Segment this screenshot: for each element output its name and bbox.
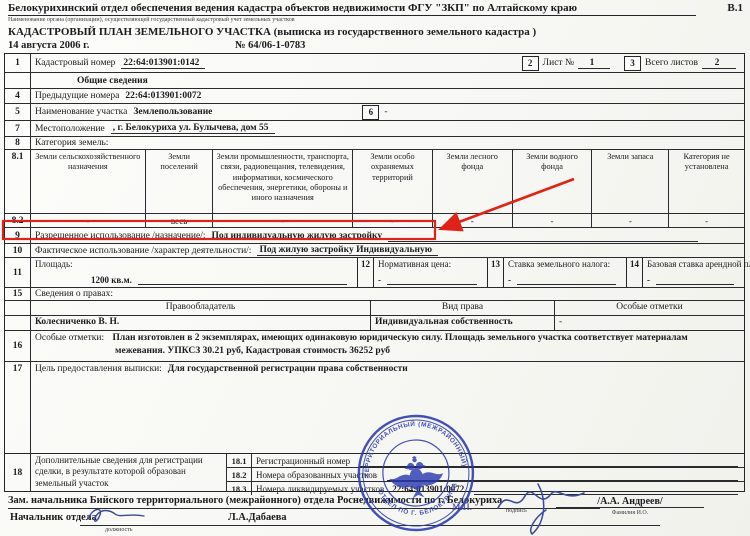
row-rights-info: 15 Сведения о правах:: [5, 287, 744, 300]
total-sheets-label: Всего листов: [645, 58, 698, 68]
location-cell: Местоположение , г. Белокуриха ул. Булыч…: [31, 121, 744, 136]
blank-line: [388, 229, 698, 242]
subrow-number: 18.1: [227, 454, 252, 467]
plot-name-value: Землепользование: [133, 107, 212, 117]
head-of-department-signature-icon: [84, 504, 150, 528]
category-col-settlements: Земли поселений: [146, 150, 214, 213]
row-number: 16: [5, 331, 31, 361]
general-info-cell: Общие сведения: [31, 73, 744, 88]
row-actual-use: 10 Фактическое использование /характер д…: [5, 243, 744, 257]
blank-line: [517, 272, 616, 285]
actual-use-value: Под жилую застройку Индивидуальную: [257, 245, 438, 256]
rights-info-cell: Сведения о правах:: [31, 288, 744, 300]
row-number: 8.1: [5, 150, 31, 213]
rights-holder-value: Колесниченко В. Н.: [31, 316, 371, 330]
special-notes-label: Особые отметки:: [35, 333, 104, 343]
row-number: 8.2: [5, 214, 31, 227]
normative-price-section: Нормативная цена: -: [374, 258, 487, 287]
category-col-reserve: Земли запаса: [592, 150, 669, 213]
row-plot-name: 5 Наименование участка Землепользование …: [5, 103, 744, 120]
permitted-use-cell: Разрешенное использование /назначение/: …: [31, 228, 744, 243]
plot-name-label: Наименование участка: [35, 107, 127, 117]
row-previous-numbers: 4 Предыдущие номера 22:64:013901:0072: [5, 88, 744, 103]
field-12-box: 12: [357, 258, 374, 287]
category-col-not-set: Категория не установлена: [669, 150, 744, 213]
row-number: 10: [5, 244, 31, 257]
special-notes-text: План изготовлен в 2 экземплярах, имеющих…: [113, 333, 688, 356]
general-info-header: Общие сведения: [77, 76, 148, 86]
special-notes-value: -: [555, 316, 744, 330]
permitted-use-label: Разрешенное использование /назначение/:: [35, 231, 206, 241]
category-col-forest: Земли лесного фонда: [433, 150, 513, 213]
double-eagle-icon: [387, 453, 445, 500]
row-number: 18: [5, 454, 31, 491]
org-caption: Наименование органа (организации), осуще…: [8, 17, 295, 23]
area-section: Площадь: 1200 кв.м.: [31, 258, 357, 287]
row-area-price-tax: 11 Площадь: 1200 кв.м. 12 Нормативная це…: [5, 257, 744, 287]
actual-use-label: Фактическое использование /характер деят…: [35, 246, 251, 256]
row-number: 1: [5, 54, 31, 72]
subrow-18-2: 18.2 Номера образованных участков: [227, 467, 744, 481]
rent-rate-section: Базовая ставка арендной платы: -: [643, 258, 744, 287]
additional-info-label: Дополнительные сведения для регистрации …: [31, 454, 227, 491]
category-col-agricultural: Земли сельскохозяйственного назначения: [31, 150, 146, 213]
sheet-label: Лист №: [543, 58, 574, 68]
rights-holder-header: Правообладатель: [31, 301, 371, 315]
subrow-18-1: 18.1 Регистрационный номер: [227, 454, 744, 467]
stamp-icon: ТЕРРИТОРИАЛЬНЫЙ (МЕЖРАЙОННЫЙ) ОТДЕЛ ПО Г…: [344, 405, 488, 536]
special-notes-header: Особые отметки: [555, 301, 744, 315]
land-tax-section: Ставка земельного налога: -: [504, 258, 626, 287]
category-value: -: [433, 214, 513, 227]
land-category-cell: Категория земель:: [31, 137, 744, 149]
row-number: 15: [5, 288, 31, 300]
document-title: КАДАСТРОВЫЙ ПЛАН ЗЕМЕЛЬНОГО УЧАСТКА (вып…: [8, 26, 536, 38]
row-rights-headers: Правообладатель Вид права Особые отметки: [5, 300, 744, 315]
land-tax-value: -: [508, 275, 511, 285]
deputy-head-signature-icon: [494, 480, 594, 536]
row-number: [5, 301, 31, 315]
row-number: 7: [5, 121, 31, 136]
normative-price-label: Нормативная цена:: [378, 259, 483, 269]
right-type-value: Индивидуальная собственность: [371, 316, 555, 330]
official-round-stamp: ТЕРРИТОРИАЛЬНЫЙ (МЕЖРАЙОННЫЙ) ОТДЕЛ ПО Г…: [344, 405, 488, 536]
location-label: Местоположение: [35, 124, 105, 134]
category-col-protected: Земли особо охраняемых территорий: [353, 150, 433, 213]
row-rights-values: Колесниченко В. Н. Индивидуальная собств…: [5, 315, 744, 330]
org-name-line: Белокурихинский отдел обеспечения ведени…: [8, 2, 696, 16]
actual-use-cell: Фактическое использование /характер деят…: [31, 244, 744, 257]
area-value: 1200 кв.м.: [91, 275, 132, 285]
field-2-box: 2: [522, 56, 539, 71]
row-general-info: Общие сведения: [5, 72, 744, 88]
row-cadastral-number: 1 Кадастровый номер 22:64:013901:0142 2 …: [5, 54, 744, 72]
subrow-number: 18.2: [227, 468, 252, 481]
field-13-box: 13: [487, 258, 504, 287]
subrow-number: 18.3: [227, 482, 252, 495]
row-number: 11: [5, 258, 31, 287]
field-14-box: 14: [626, 258, 643, 287]
area-label: Площадь:: [35, 259, 353, 269]
additional-info-subtable: 18.1 Регистрационный номер 18.2 Номера о…: [227, 454, 744, 491]
blank-line: [138, 272, 347, 285]
land-tax-label: Ставка земельного налога:: [508, 259, 622, 269]
extract-purpose-label: Цель предоставления выписки:: [35, 364, 162, 374]
blank-line: [387, 272, 477, 285]
main-table: 1 Кадастровый номер 22:64:013901:0142 2 …: [4, 53, 745, 454]
row-number: 5: [5, 104, 31, 120]
previous-numbers-label: Предыдущие номера: [35, 91, 119, 101]
row-number: 9: [5, 228, 31, 243]
location-value: , г. Белокуриха ул. Булычева, дом 55: [111, 123, 275, 134]
field-6-value: -: [384, 107, 387, 117]
category-value: -: [31, 214, 146, 227]
previous-numbers-value: 22:64:013901:0072: [125, 91, 201, 101]
row-category-headers: 8.1 Земли сельскохозяйственного назначен…: [5, 149, 744, 213]
row-number: 17: [5, 362, 31, 453]
row-number: [5, 316, 31, 330]
form-code: В.1: [727, 2, 743, 14]
category-col-water: Земли водного фонда: [513, 150, 593, 213]
right-type-header: Вид права: [371, 301, 555, 315]
field-3-box: 3: [624, 56, 641, 71]
permitted-use-value: Под индивидуальную жилую застройку: [212, 231, 383, 241]
sheet-value: 1: [578, 58, 610, 69]
document-number: № 64/06-1-0783: [235, 40, 305, 51]
total-sheets-value: 2: [702, 58, 736, 69]
special-notes-cell: Особые отметки: План изготовлен в 2 экзе…: [31, 331, 744, 361]
cadastral-document-page: Белокурихинский отдел обеспечения ведени…: [0, 0, 750, 536]
row-number: [5, 73, 31, 88]
row-number: 4: [5, 89, 31, 103]
row-special-notes: 16 Особые отметки: План изготовлен в 2 э…: [5, 330, 744, 361]
category-col-industry: Земли промышленности, транспорта, связи,…: [213, 150, 353, 213]
category-value: -: [669, 214, 744, 227]
row-land-category: 8 Категория земель:: [5, 136, 744, 149]
field-6-box: 6: [362, 105, 379, 120]
cadastral-number-value: 22:64:013901:0142: [121, 58, 205, 69]
category-value: -: [353, 214, 433, 227]
row-permitted-use: 9 Разрешенное использование /назначение/…: [5, 227, 744, 243]
row-location: 7 Местоположение , г. Белокуриха ул. Бул…: [5, 120, 744, 136]
rights-info-label: Сведения о правах:: [35, 289, 113, 299]
plot-name-cell: Наименование участка Землепользование 6 …: [31, 104, 744, 120]
cadastral-number-label: Кадастровый номер: [35, 58, 115, 68]
category-value: -: [513, 214, 593, 227]
extract-purpose-value: Для государственной регистрации права со…: [168, 364, 408, 374]
registration-number-label: Регистрационный номер: [252, 456, 354, 466]
category-value: весь: [146, 214, 214, 227]
cadastral-number-cell: Кадастровый номер 22:64:013901:0142 2 Ли…: [31, 54, 744, 72]
subrow-18-3: 18.3 Номера ликвидируемых участков 22:64…: [227, 481, 744, 495]
row-number: 8: [5, 137, 31, 149]
previous-numbers-cell: Предыдущие номера 22:64:013901:0072: [31, 89, 744, 103]
head-of-department-name: Л.А.Дабаева: [228, 512, 287, 523]
rent-rate-value: -: [647, 275, 650, 285]
rent-rate-label: Базовая ставка арендной платы:: [647, 259, 740, 269]
document-date: 14 августа 2006 г.: [8, 40, 89, 51]
blank-line: [656, 272, 734, 285]
category-value: -: [213, 214, 353, 227]
category-value: -: [592, 214, 669, 227]
row-category-values: 8.2 - весь - - - - - -: [5, 213, 744, 227]
normative-price-value: -: [378, 275, 381, 285]
land-category-label: Категория земель:: [35, 138, 108, 148]
